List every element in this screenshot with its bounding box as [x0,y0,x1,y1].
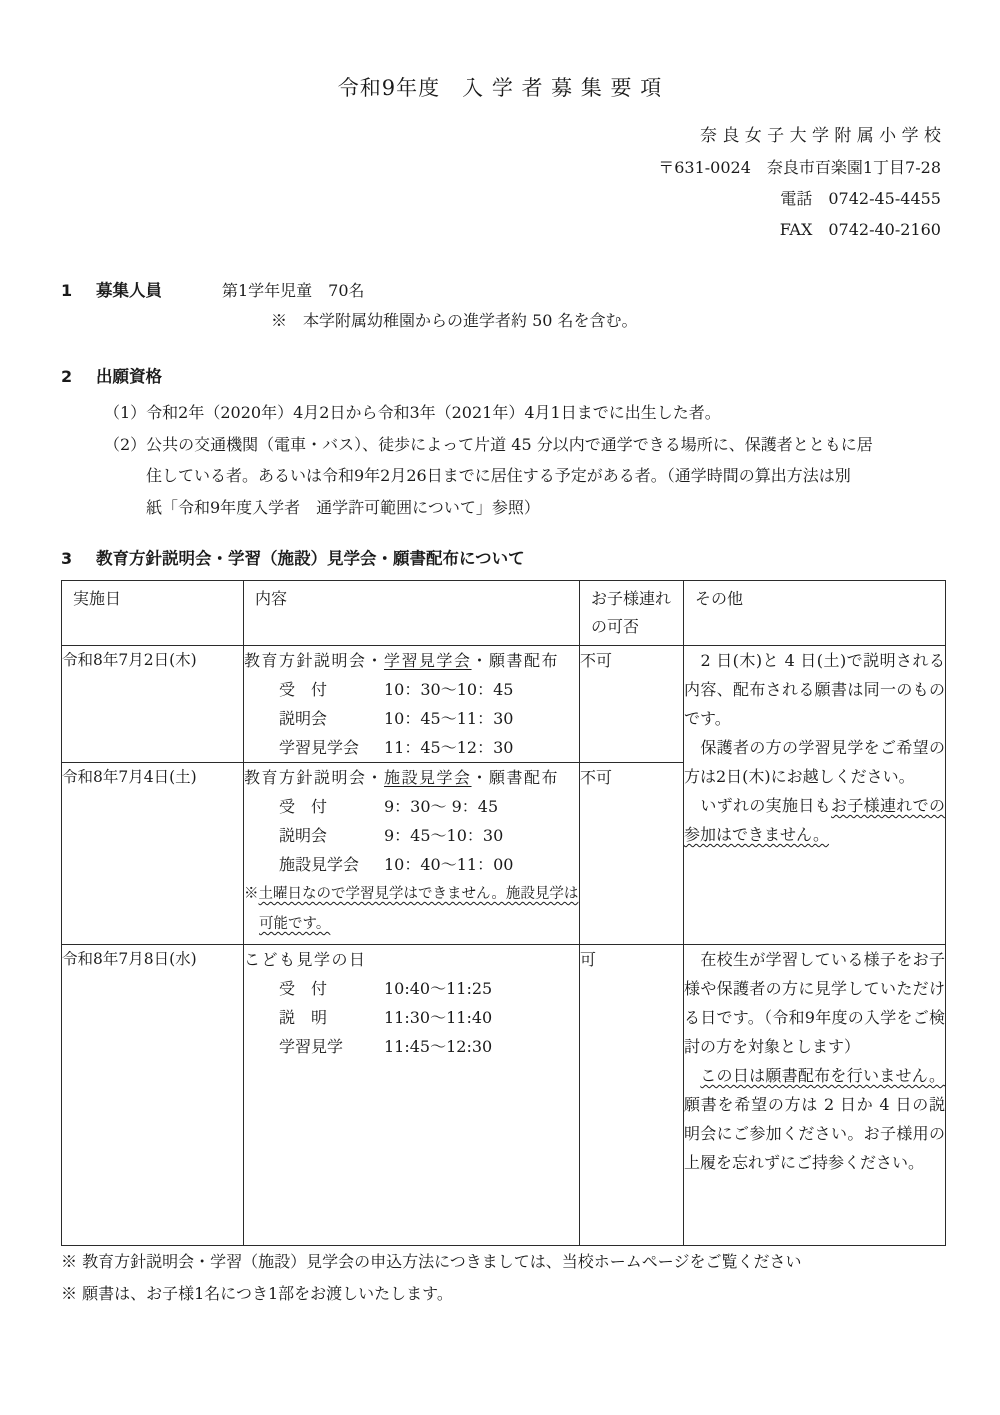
header-other: その他 [684,581,946,646]
paragraph: いずれの実施日もお子様連れでの参加はできません。 [684,791,945,849]
paragraph: この日は願書配布を行いません。願書を希望の方は 2 日か 4 日の説明会にご参加… [684,1061,945,1177]
paragraph: 保護者の方の学習見学をご希望の方は2日(木)にお越しください。 [684,733,945,791]
section-number: 2 [61,362,96,392]
table-header-row: 実施日 内容 お子様連れの可否 その他 [62,581,946,646]
schedule-line: 説明会 10：45～11：30 [244,704,579,733]
schedule-table: 実施日 内容 お子様連れの可否 その他 令和8年7月2日(木) 教育方針説明会・… [61,580,946,1246]
text-line: お子様連れ [591,585,677,613]
schedule-label: 説 明 [279,1003,384,1032]
header-date: 実施日 [62,581,244,646]
school-name: 奈 良 女 子 大 学 附 属 小 学 校 [658,121,941,152]
text-segment: 教育方針説明会・ [244,651,384,670]
schedule-time: 11:30～11:40 [384,1003,492,1032]
table-row-jul2: 令和8年7月2日(木) 教育方針説明会・学習見学会・願書配布 受 付 10：30… [62,646,946,763]
schedule-line: 学習見学 11:45～12:30 [244,1032,579,1061]
text-line: 紙「令和9年度入学者 通学許可範囲について」参照） [61,492,944,524]
text-segment: この日は願書配布を行いません。 [700,1066,945,1085]
schedule-label: 学習見学会 [279,733,384,762]
paragraph: 2 日(木)と 4 日(土)で説明される内容、配布される願書は同一のものです。 [684,646,945,733]
section-briefing-heading: 3教育方針説明会・学習（施設）見学会・願書配布について [61,546,944,572]
other-notes-cell: 在校生が学習している様子をお子様や保護者の方に見学していただける日です。（令和9… [684,945,946,1246]
text-segment: 在校生が学習している様子をお子様や保護者の方に見学していただける日です。（令和9… [684,950,945,1056]
text-segment: 教育方針説明会・ [244,768,384,787]
saturday-note: ※土曜日なので学習見学はできません。施設見学は可能です。 [244,879,579,939]
paragraph: 在校生が学習している様子をお子様や保護者の方に見学していただける日です。（令和9… [684,945,945,1061]
schedule-label: 説明会 [279,704,384,733]
school-address: 〒631-0024 奈良市百楽園1丁目7-28 [658,152,941,183]
recruitment-detail: 第1学年児童 70名 [222,281,365,300]
text-segment: 学習見学会 [384,651,472,670]
event-title: こども見学の日 [244,945,579,974]
school-fax: FAX 0742-40-2160 [658,214,941,245]
text-segment: 施設見学会 [384,768,472,787]
schedule-time: 10:40～11:25 [384,974,492,1003]
footnote: ※ 願書は、お子様1名につき1部をお渡しいたします。 [61,1278,801,1310]
text-segment: いずれの実施日も [684,796,831,815]
child-allowed-cell: 不可 [580,763,684,945]
section-briefing: 3教育方針説明会・学習（施設）見学会・願書配布について 実施日 内容 お子様連れ… [61,546,944,1246]
school-phone: 電話 0742-45-4455 [658,183,941,214]
schedule-label: 受 付 [279,792,384,821]
section-eligibility-heading: 2出願資格 [61,362,944,392]
schedule-label: 受 付 [279,675,384,704]
text-line: の可否 [591,613,677,641]
schedule-time: 11：45～12：30 [384,733,513,762]
schedule-time: 10：40～11：00 [384,850,513,879]
schedule-line: 施設見学会 10：40～11：00 [244,850,579,879]
schedule-label: 受 付 [279,974,384,1003]
footnotes-block: ※ 教育方針説明会・学習（施設）見学会の申込方法につきましては、当校ホームページ… [61,1246,801,1310]
text-segment: こども見学の日 [244,950,367,969]
text-segment [684,1066,700,1085]
schedule-line: 学習見学会 11：45～12：30 [244,733,579,762]
section-title: 出願資格 [96,362,162,392]
event-title: 教育方針説明会・学習見学会・願書配布 [244,646,579,675]
eligibility-item-1: （1）令和2年（2020年）4月2日から令和3年（2021年）4月1日までに出生… [61,397,944,429]
schedule-line: 説明会 9：45～10：30 [244,821,579,850]
eligibility-item-2: （2）公共の交通機関（電車・バス）、徒歩によって片道 45 分以内で通学できる場… [61,429,944,524]
content-cell: こども見学の日 受 付 10:40～11:25 説 明 11:30～11:40 … [244,945,580,1246]
content-cell: 教育方針説明会・学習見学会・願書配布 受 付 10：30～10：45 説明会 1… [244,646,580,763]
text-segment: 土曜日なので学習見学はできません。施設見学は可能です。 [259,886,579,932]
event-title: 教育方針説明会・施設見学会・願書配布 [244,763,579,792]
school-contact-block: 奈 良 女 子 大 学 附 属 小 学 校 〒631-0024 奈良市百楽園1丁… [658,121,941,245]
schedule-time: 10：45～11：30 [384,704,513,733]
schedule-time: 11:45～12:30 [384,1032,492,1061]
text-segment: 願書を希望の方は 2 日か 4 日の説明会にご参加ください。お子様用の上履を忘れ… [684,1095,945,1172]
schedule-label: 施設見学会 [279,850,384,879]
document-title: 令和9年度 入 学 者 募 集 要 項 [0,72,1000,102]
text-segment: ・願書配布 [472,651,560,670]
content-cell: 教育方針説明会・施設見学会・願書配布 受 付 9：30～ 9：45 説明会 9：… [244,763,580,945]
schedule-time: 9：45～10：30 [384,821,503,850]
execution-date-cell: 令和8年7月4日(土) [62,763,244,945]
schedule-line: 説 明 11:30～11:40 [244,1003,579,1032]
section-recruitment-heading: 1募集人員第1学年児童 70名 [61,276,944,306]
schedule-line: 受 付 10:40～11:25 [244,974,579,1003]
header-child-allowed: お子様連れの可否 [580,581,684,646]
execution-date-cell: 令和8年7月2日(木) [62,646,244,763]
schedule-line: 受 付 9：30～ 9：45 [244,792,579,821]
footnote: ※ 教育方針説明会・学習（施設）見学会の申込方法につきましては、当校ホームページ… [61,1246,801,1278]
table-row-jul8: 令和8年7月8日(水) こども見学の日 受 付 10:40～11:25 説 明 … [62,945,946,1246]
text-segment: ・願書配布 [472,768,560,787]
section-eligibility: 2出願資格 （1）令和2年（2020年）4月2日から令和3年（2021年）4月1… [61,362,944,523]
section-title: 教育方針説明会・学習（施設）見学会・願書配布について [96,546,525,572]
text-segment: 保護者の方の学習見学をご希望の方は2日(木)にお越しください。 [684,738,945,786]
section-title: 募集人員 [96,276,222,306]
section-recruitment: 1募集人員第1学年児童 70名 ※ 本学附属幼稚園からの進学者約 50 名を含む… [61,276,944,336]
schedule-line: 受 付 10：30～10：45 [244,675,579,704]
text-line: （1）令和2年（2020年）4月2日から令和3年（2021年）4月1日までに出生… [61,397,944,429]
schedule-label: 説明会 [279,821,384,850]
admission-guidelines-page: 令和9年度 入 学 者 募 集 要 項 奈 良 女 子 大 学 附 属 小 学 … [0,0,1000,1415]
text-line: （2）公共の交通機関（電車・バス）、徒歩によって片道 45 分以内で通学できる場… [61,429,944,461]
header-content: 内容 [244,581,580,646]
child-allowed-cell: 可 [580,945,684,1246]
other-notes-merged-cell: 2 日(木)と 4 日(土)で説明される内容、配布される願書は同一のものです。 … [684,646,946,945]
text-line: 住している者。あるいは令和9年2月26日までに居住する予定がある者。（通学時間の… [61,460,944,492]
schedule-time: 9：30～ 9：45 [384,792,498,821]
section-number: 1 [61,276,96,306]
schedule-time: 10：30～10：45 [384,675,513,704]
execution-date-cell: 令和8年7月8日(水) [62,945,244,1246]
recruitment-note: ※ 本学附属幼稚園からの進学者約 50 名を含む。 [271,306,944,336]
section-number: 3 [61,546,96,572]
text-segment: 2 日(木)と 4 日(土)で説明される内容、配布される願書は同一のものです。 [684,651,945,728]
child-allowed-cell: 不可 [580,646,684,763]
text-segment: ※ [244,886,259,902]
schedule-label: 学習見学 [279,1032,384,1061]
